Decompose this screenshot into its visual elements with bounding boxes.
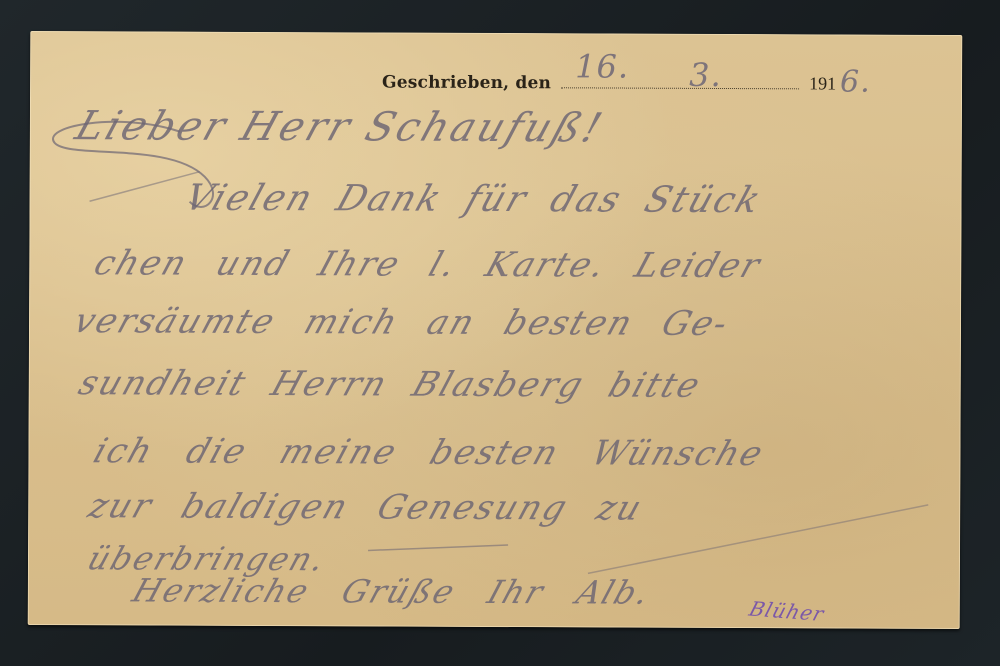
postcard: Geschrieben, den 16. 3. 191 6. Lieber He…: [28, 31, 963, 629]
message-line: ich die meine besten Wünsche: [88, 431, 769, 474]
message-line: Vielen Dank für das Stück: [179, 178, 767, 221]
message-line: Lieber Herr Schaufuß!: [70, 103, 610, 151]
handwritten-message: Lieber Herr Schaufuß! Vielen Dank für da…: [28, 31, 963, 629]
message-line: chen und Ihre l. Karte. Leider: [89, 243, 766, 286]
message-line: zur baldigen Genesung zu: [83, 486, 648, 528]
message-line: versäumte mich an besten Ge-: [69, 301, 735, 344]
message-line: sundheit Herrn Blasberg bitte: [74, 363, 707, 406]
message-line-closing: Herzliche Grüße Ihr Alb.: [128, 571, 656, 611]
